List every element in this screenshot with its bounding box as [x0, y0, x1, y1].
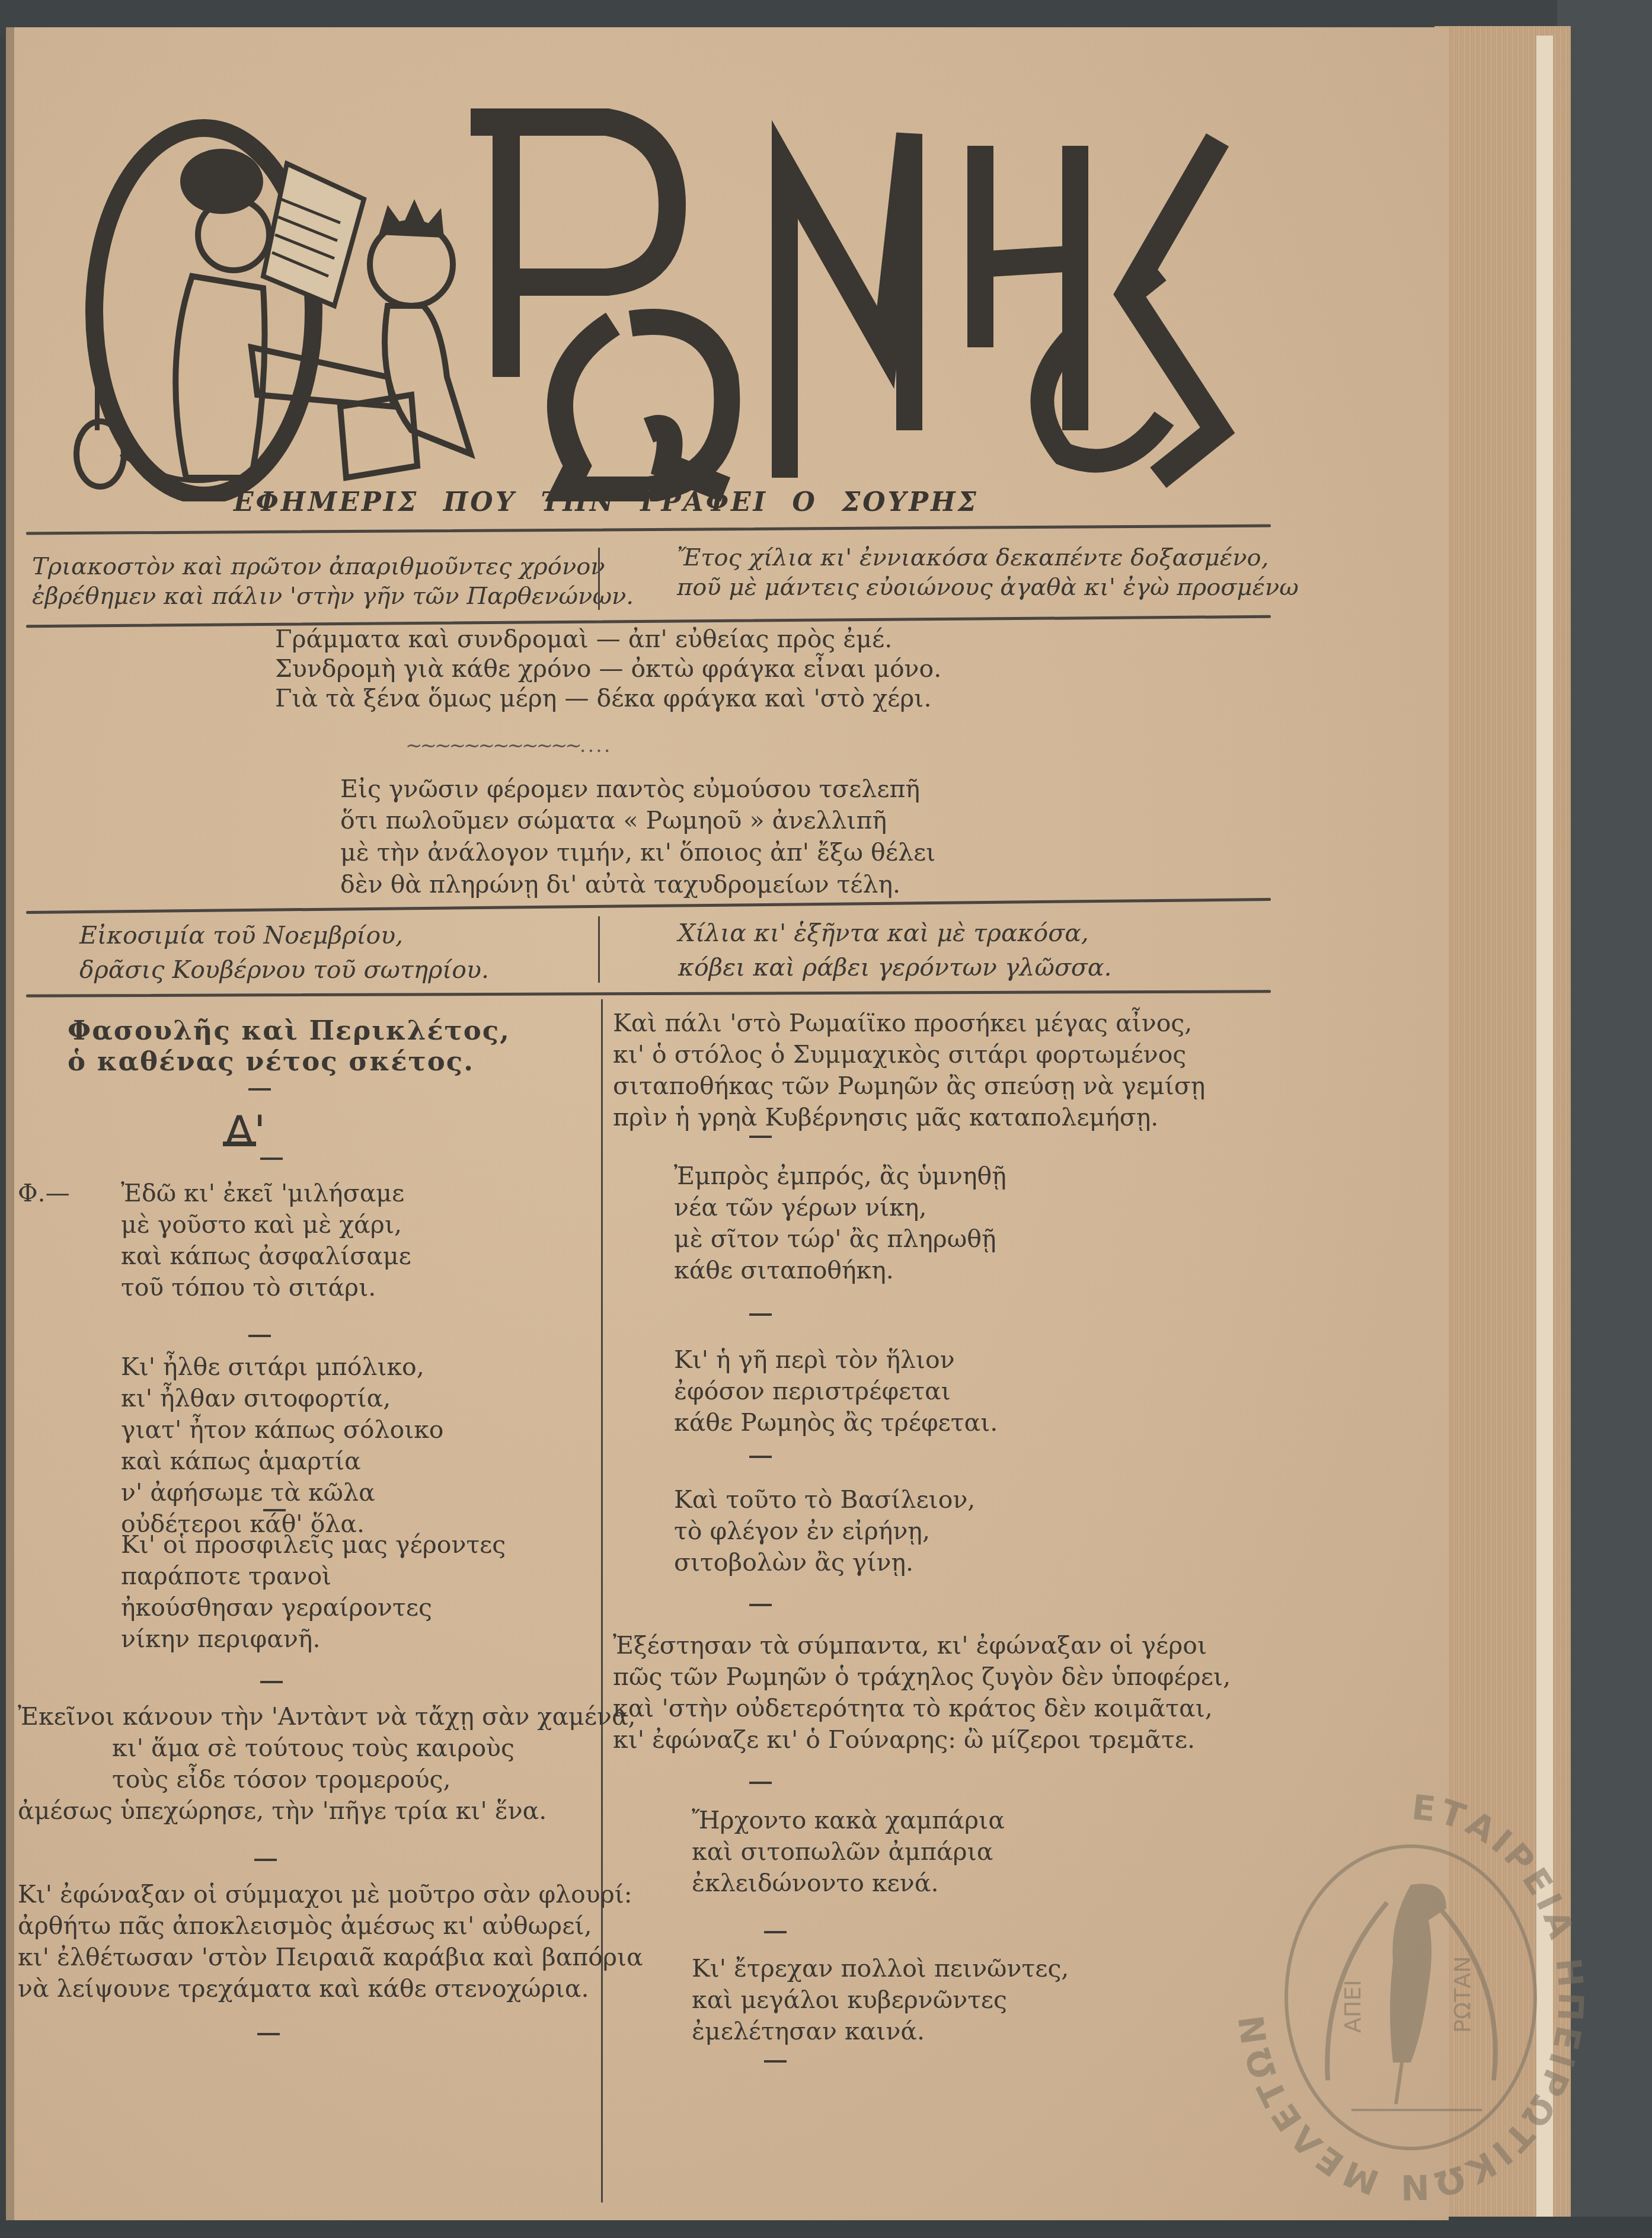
poem-line: Ἤρχοντο κακὰ χαμπάρια [692, 1808, 1005, 1833]
poem-line: νίκην περιφανῆ. [121, 1627, 320, 1651]
library-stamp: ΕΤΑΙΡΕΙΑ ΗΠΕΙΡΩΤΙΚΩΝ ΜΕΛΕΤΩΝ ΑΠΕΙ ΡΩΤΑΝ [1233, 1784, 1589, 2211]
speaker-mark: Φ.— [18, 1181, 70, 1206]
separator-dash [749, 1456, 772, 1458]
separator-dash [749, 1136, 772, 1138]
article-title-line-2: ὁ καθένας νέτος σκέτος. [68, 1048, 474, 1075]
notice-line-4: δὲν θὰ πληρώνῃ δι' αὐτὰ ταχυδρομείων τέλ… [340, 872, 900, 897]
separator-dash [749, 1604, 772, 1606]
poem-line: ἠκούσθησαν γεραίροντες [121, 1596, 432, 1620]
poem-line: κάθε σιταποθήκη. [674, 1258, 894, 1283]
poem-line: κι' ἦλθαν σιτοφορτία, [121, 1386, 391, 1411]
masthead-tagline: ΕΦΗΜΕΡΙΣ ΠΟΥ ΤΗΝ ΓΡΑΦΕΙ Ο ΣΟΥΡΗΣ [234, 487, 1004, 517]
poem-line: Κι' ἐφώναξαν οἱ σύμμαχοι μὲ μοῦτρο σὰν φ… [18, 1882, 632, 1907]
poem-line: καὶ κάπως ἀσφαλίσαμε [121, 1244, 411, 1268]
poem-line: τοὺς εἶδε τόσον τρομερούς, [112, 1767, 451, 1792]
stamp-inner-right: ΡΩΤΑΝ [1449, 1956, 1475, 2033]
date-left-line-2: δρᾶσις Κουβέρνου τοῦ σωτηρίου. [79, 958, 489, 982]
separator-dash [260, 1158, 283, 1160]
subscription-line-2: Συνδρομὴ γιὰ κάθε χρόνο — ὀκτὼ φράγκα εἶ… [275, 657, 941, 681]
poem-line: Κι' ἔτρεχαν πολλοὶ πεινῶντες, [692, 1956, 1069, 1981]
header-left-line-1: Τριακοστὸν καὶ πρῶτον ἀπαριθμοῦντες χρόν… [32, 555, 605, 578]
separator-dash [749, 1782, 772, 1784]
date-rule-bottom [26, 990, 1271, 997]
poem-line: κι' ἅμα σὲ τούτους τοὺς καιροὺς [112, 1736, 515, 1760]
poem-line: γιατ' ἦτον κάπως σόλοικο [121, 1418, 444, 1442]
separator-dash [257, 2033, 280, 2035]
poem-line: τὸ φλέγον ἐν εἰρήνῃ, [674, 1519, 930, 1543]
date-column-divider [598, 916, 600, 983]
poem-line: τοῦ τόπου τὸ σιτάρι. [121, 1275, 376, 1300]
poem-line: ἀμέσως ὑπεχώρησε, τὴν 'πῆγε τρία κι' ἕνα… [18, 1799, 547, 1823]
section-mark: Α' [225, 1106, 266, 1156]
article-title-line-1: Φασουλῆς καὶ Περικλέτος, [68, 1017, 510, 1044]
poem-line: σιταποθήκας τῶν Ρωμηῶν ἂς σπεύσῃ νὰ γεμί… [613, 1074, 1205, 1098]
poem-line: νέα τῶν γέρων νίκη, [674, 1195, 926, 1220]
poem-line: Κι' ἡ γῆ περὶ τὸν ἥλιον [674, 1348, 955, 1372]
poem-line: κι' ὁ στόλος ὁ Συμμαχικὸς σιτάρι φορτωμέ… [613, 1043, 1186, 1067]
header-right-line-2: ποῦ μὲ μάντεις εὐοιώνους ἀγαθὰ κι' ἐγὼ π… [677, 576, 1299, 599]
poem-line: κι' ἐφώναζε κι' ὁ Γούναρης: ὢ μίζεροι τρ… [613, 1728, 1195, 1752]
separator-dash [254, 1859, 277, 1861]
poem-line: Κι' οἱ προσφιλεῖς μας γέροντες [121, 1533, 506, 1557]
separator-dash [263, 1509, 286, 1511]
section-underline [223, 1142, 256, 1146]
poem-line: Καὶ πάλι 'στὸ Ρωμαίϊκο προσήκει μέγας αἶ… [613, 1011, 1192, 1035]
poem-line: καὶ 'στὴν οὐδετερότητα τὸ κράτος δὲν κοι… [613, 1696, 1213, 1721]
notice-line-3: μὲ τὴν ἀνάλογον τιμήν, κι' ὅποιος ἀπ' ἔξ… [340, 840, 935, 865]
header-right-line-1: Ἔτος χίλια κι' ἐννιακόσα δεκαπέντε δοξασ… [677, 546, 1268, 570]
notice-line-2: ὅτι πωλοῦμεν σώματα « Ρωμηοῦ » ἀνελλιπῆ [340, 808, 887, 833]
separator-dash [260, 1681, 283, 1683]
poem-line: σιτοβολὼν ἂς γίνῃ. [674, 1550, 913, 1575]
poem-line: πρὶν ἡ γρηὰ Κυβέρνησις μᾶς καταπολεμήσῃ. [613, 1105, 1158, 1130]
poem-line: καὶ σιτοπωλῶν ἀμπάρια [692, 1840, 993, 1864]
stamp-heron-icon: ΕΤΑΙΡΕΙΑ ΗΠΕΙΡΩΤΙΚΩΝ ΜΕΛΕΤΩΝ ΑΠΕΙ ΡΩΤΑΝ [1233, 1784, 1589, 2211]
separator-dash [764, 2060, 787, 2063]
poem-line: Ἐδῶ κι' ἐκεῖ 'μιλήσαμε [121, 1181, 404, 1206]
poem-line: παράποτε τρανοὶ [121, 1564, 331, 1588]
header-column-divider [598, 548, 600, 610]
header-rule-top [26, 525, 1271, 535]
poem-line: πῶς τῶν Ρωμηῶν ὁ τράχηλος ζυγὸν δὲν ὑποφ… [613, 1665, 1231, 1689]
poem-line: κάθε Ρωμηὸς ἂς τρέφεται. [674, 1411, 998, 1435]
poem-line: Ἐξέστησαν τὰ σύμπαντα, κι' ἐφώναξαν οἱ γ… [613, 1633, 1207, 1658]
date-left-line-1: Εἰκοσιμία τοῦ Νοεμβρίου, [79, 923, 403, 948]
poem-line: νὰ λείψουνε τρεχάματα καὶ κάθε στενοχώρι… [18, 1977, 589, 2001]
poem-line: ἀρθήτω πᾶς ἀποκλεισμὸς ἀμέσως κι' αὐθωρε… [18, 1914, 592, 1938]
subscription-line-1: Γράμματα καὶ συνδρομαὶ — ἀπ' εὐθείας πρὸ… [275, 627, 892, 651]
subscription-line-3: Γιὰ τὰ ξένα ὅμως μέρη — δέκα φράγκα καὶ … [275, 686, 931, 711]
masthead [56, 98, 1241, 501]
poem-line: μὲ γοῦστο καὶ μὲ χάρι, [121, 1213, 402, 1237]
notice-line-1: Εἰς γνῶσιν φέρομεν παντὸς εὐμούσου τσελε… [340, 777, 920, 801]
poem-line: ἐκλειδώνοντο κενά. [692, 1871, 939, 1895]
separator-dash [248, 1335, 271, 1337]
separator-dash [248, 1088, 271, 1091]
poem-line: Ἐκεῖνοι κάνουν τὴν 'Αντὰντ νὰ τἄχῃ σὰν χ… [18, 1705, 636, 1729]
poem-line: μὲ σῖτον τώρ' ἂς πληρωθῇ [674, 1227, 996, 1251]
masthead-illustration-icon [56, 98, 1241, 501]
poem-line: ν' ἀφήσωμε τὰ κῶλα [121, 1481, 375, 1505]
poem-line: κι' ἐλθέτωσαν 'στὸν Πειραιᾶ καράβια καὶ … [18, 1945, 643, 1970]
header-left-line-2: ἐβρέθημεν καὶ πάλιν 'στὴν γῆν τῶν Παρθεν… [32, 584, 634, 608]
poem-line: καὶ κάπως ἁμαρτία [121, 1449, 361, 1473]
poem-line: ἐμελέτησαν καινά. [692, 2019, 925, 2044]
separator-dash [749, 1313, 772, 1316]
poem-line: Καὶ τοῦτο τὸ Βασίλειον, [674, 1488, 975, 1512]
date-right-line-1: Χίλια κι' ἑξῆντα καὶ μὲ τρακόσα, [678, 921, 1089, 945]
poem-line: Κι' ἦλθε σιτάρι μπόλικο, [121, 1355, 424, 1379]
poem-line: Ἐμπρὸς ἐμπρός, ἂς ὑμνηθῇ [674, 1164, 1006, 1188]
notice-rule-bottom [26, 898, 1271, 914]
poem-line: ἐφόσον περιστρέφεται [674, 1379, 951, 1403]
newspaper-page: ΕΦΗΜΕΡΙΣ ΠΟΥ ΤΗΝ ΓΡΑΦΕΙ Ο ΣΟΥΡΗΣ Τριακοσ… [6, 27, 1449, 2220]
body-column-divider [601, 999, 603, 2202]
separator-dash [764, 1931, 787, 1933]
poem-line: καὶ μεγάλοι κυβερνῶντες [692, 1988, 1007, 2012]
stamp-inner-left: ΑΠΕΙ [1340, 1980, 1366, 2033]
date-right-line-2: κόβει καὶ ράβει γερόντων γλῶσσα. [678, 955, 1112, 980]
ornament-wave: ~~~~~~~~~~~~. . . . [405, 734, 608, 757]
